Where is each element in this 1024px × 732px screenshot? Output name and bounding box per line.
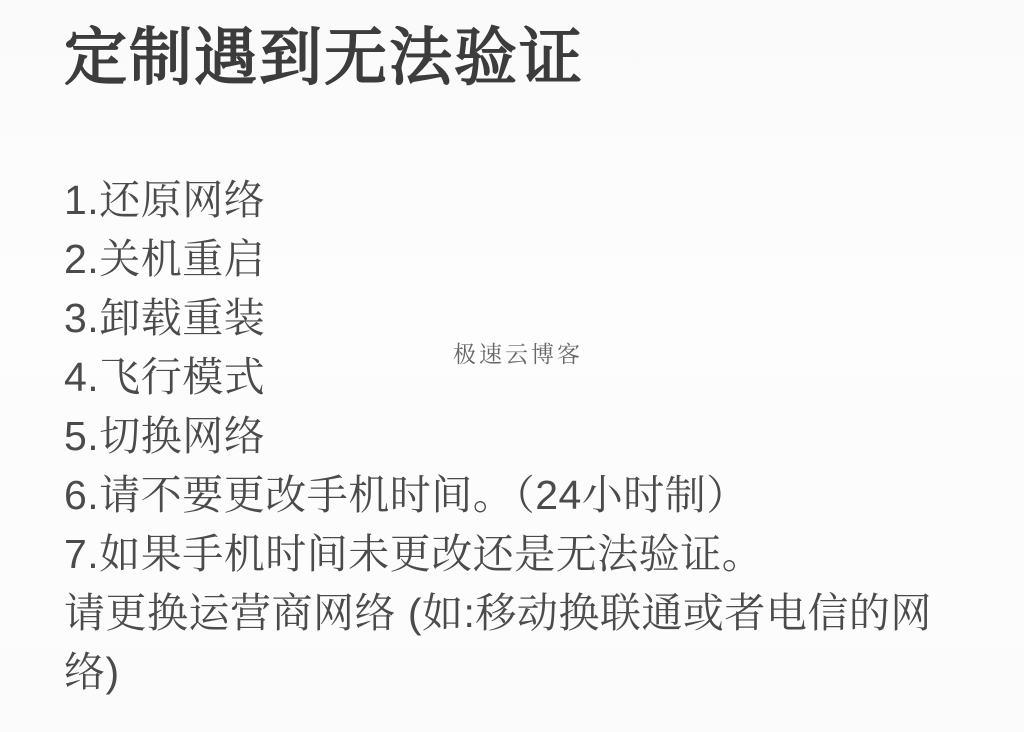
instruction-list: 1.还原网络 2.关机重启 3.卸载重装 4.飞行模式 5.切换网络 6.请不要… (64, 171, 936, 702)
list-item-6: 6.请不要更改手机时间。（24小时制） (64, 466, 936, 525)
list-item-1: 1.还原网络 (64, 171, 936, 230)
list-item-carrier-note: 请更换运营商网络 (如:移动换联通或者电信的网络) (64, 584, 936, 702)
list-item-2: 2.关机重启 (64, 230, 936, 289)
page-title: 定制遇到无法验证 (64, 18, 584, 98)
notice-document: 定制遇到无法验证 1.还原网络 2.关机重启 3.卸载重装 4.飞行模式 5.切… (0, 0, 1024, 732)
watermark: 极速云博客 (453, 336, 583, 369)
page: { "document": { "title": "定制遇到无法验证", "it… (0, 0, 1024, 732)
list-item-7: 7.如果手机时间未更改还是无法验证。 (64, 525, 936, 584)
list-item-5: 5.切换网络 (64, 407, 936, 466)
